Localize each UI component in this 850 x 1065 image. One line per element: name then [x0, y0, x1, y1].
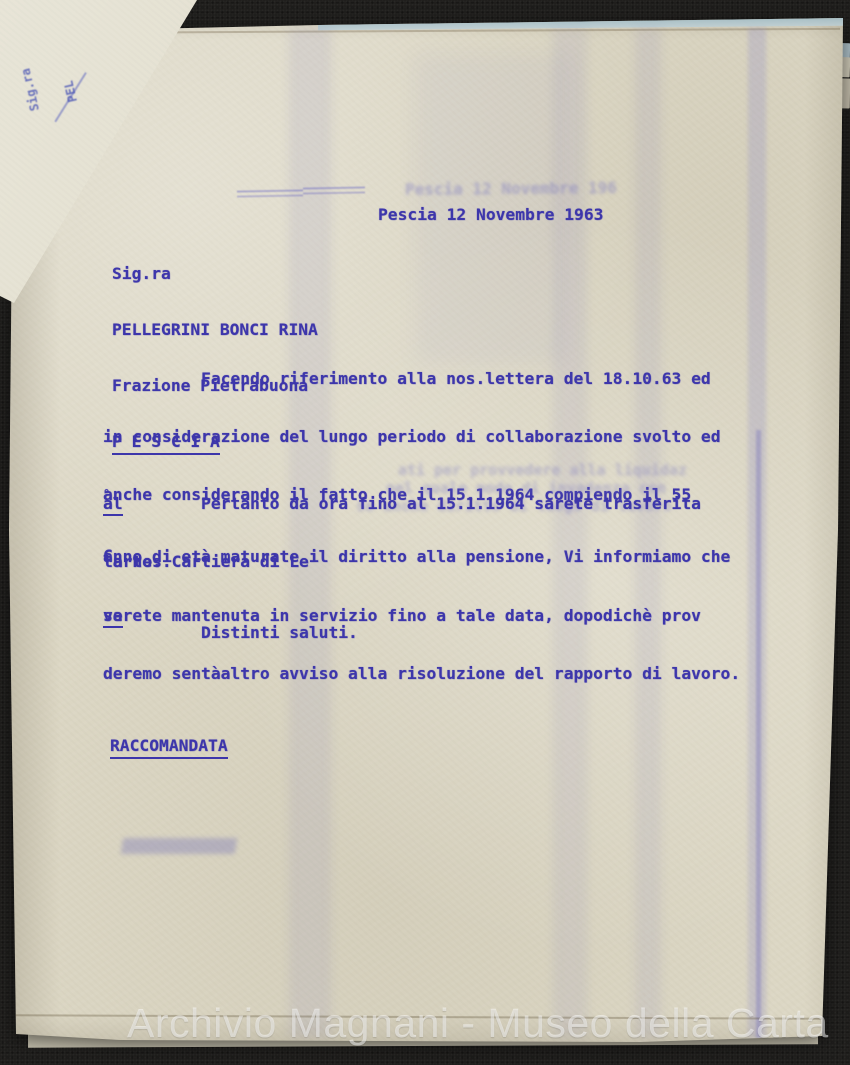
corner-stamp-text: Sig.ra PEL [0, 52, 105, 118]
closing-salutation: Distinti saluti. [103, 623, 358, 642]
recipient-salutation: Sig.ra [112, 265, 318, 284]
letter-sheet: Pescia 12 Novembre 196 Pescia 12 Novembr… [0, 0, 850, 1065]
letter-paragraph-2: Pertanto da ora fino al 15.1.1964 sarete… [103, 455, 358, 681]
letter-sheet-wrap: Pescia 12 Novembre 196 Pescia 12 Novembr… [0, 0, 850, 1065]
paragraph-line: in considerazione del lungo periodo di c… [103, 427, 740, 446]
registered-mail-tag: RACCOMANDATA [110, 736, 228, 755]
paragraph-line: Pertanto da ora fino al 15.1.1964 sarete… [103, 494, 358, 513]
ghost-dash-mark [237, 189, 303, 197]
ghost-dash-mark [303, 186, 365, 194]
ghost-paragraph-line: ati per provvedere alla liquidaz [398, 461, 687, 479]
archive-photo: Pescia 12 Novembre 196 Pescia 12 Novembr… [0, 0, 850, 1065]
letter-date: Pescia 12 Novembre 1963 [378, 205, 603, 224]
paragraph-line: la nos.Cartiera di Le Carte. [103, 552, 358, 571]
archive-watermark: Archivio Magnani - Museo della Carta [127, 1000, 850, 1047]
offset-ink-streak [756, 430, 761, 1038]
raised-letter: C [103, 546, 113, 565]
ghost-date-offset-print: Pescia 12 Novembre 196 [405, 178, 617, 199]
ghost-tag-smudge [121, 838, 237, 854]
paragraph-line: Facendo riferimento alla nos.lettera del… [103, 369, 740, 388]
